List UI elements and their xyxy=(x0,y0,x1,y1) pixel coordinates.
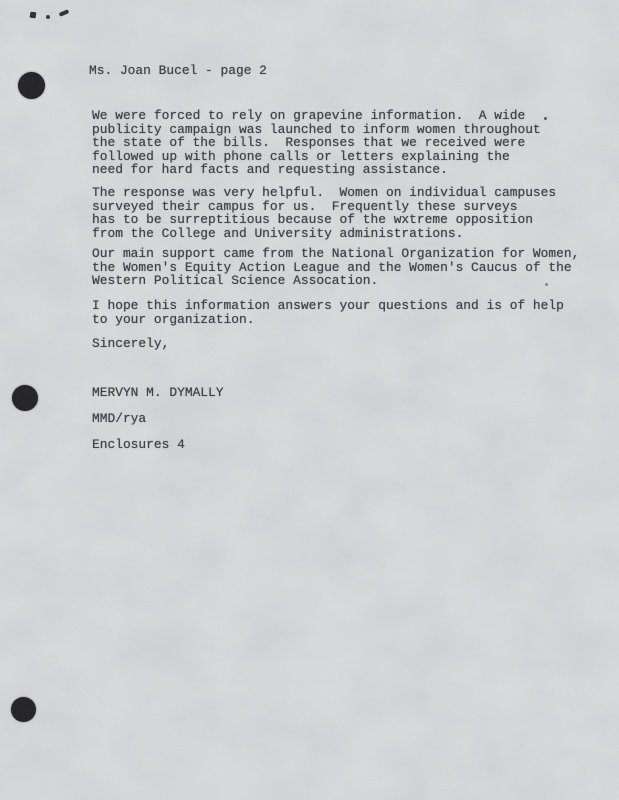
page-header: Ms. Joan Bucel - page 2 xyxy=(89,64,609,78)
paragraph-campus-surveys: The response was very helpful. Women on … xyxy=(92,186,612,240)
typist-initials: MMD/rya xyxy=(92,412,612,426)
signature-name: MERVYN M. DYMALLY xyxy=(92,386,612,400)
paragraph-main-support: Our main support came from the National … xyxy=(92,247,612,288)
punch-hole-middle xyxy=(12,385,38,411)
staple-mark-speck xyxy=(46,15,50,19)
punch-hole-bottom xyxy=(11,697,36,722)
enclosures-note: Enclosures 4 xyxy=(92,438,612,452)
paragraph-hope-helpful: I hope this information answers your que… xyxy=(92,299,612,326)
punch-hole-top xyxy=(18,72,45,99)
paragraph-grapevine-campaign: We were forced to rely on grapevine info… xyxy=(92,109,612,177)
closing-salutation: Sincerely, xyxy=(92,337,612,351)
scanned-letter-page: Ms. Joan Bucel - page 2 We were forced t… xyxy=(0,0,619,800)
staple-mark-speck xyxy=(59,9,70,17)
staple-mark-speck xyxy=(30,12,37,19)
